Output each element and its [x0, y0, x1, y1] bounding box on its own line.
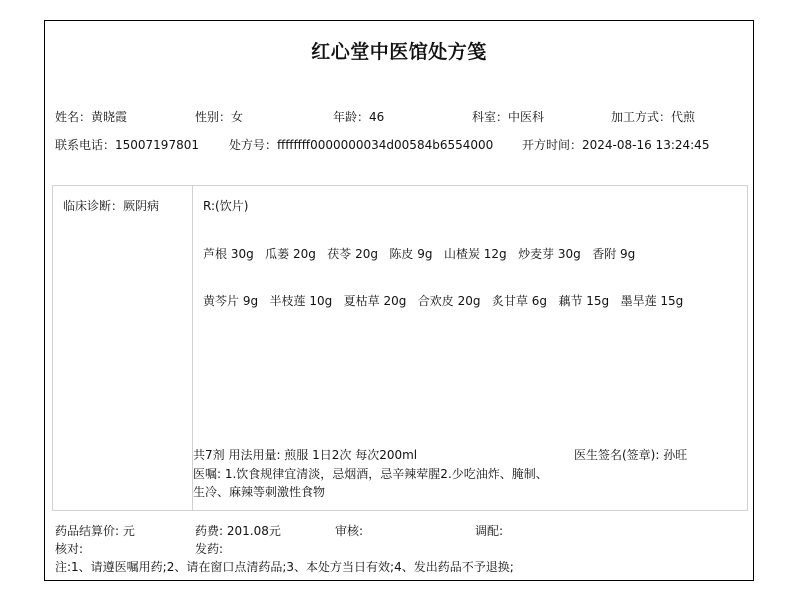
footer-note: 注:1、请遵医嘱用药;2、请在窗口点清药品;3、本处方当日有效;4、发出药品不予… [55, 559, 514, 575]
drug-fee: 药费: 201.08元 [195, 523, 281, 539]
prescription-sheet: 红心堂中医馆处方笺 姓名：黄晓霞 性别：女 年龄：46 科室：中医科 加工方式：… [44, 20, 754, 581]
usage-dosage: 共7剂 用法用量: 煎服 1日2次 每次200ml [193, 447, 417, 463]
herb-line-1: 芦根 30g 瓜蒌 20g 茯苓 20g 陈皮 9g 山楂炭 12g 炒麦芽 3… [203, 246, 635, 262]
review: 审核: [335, 523, 363, 539]
settlement-price: 药品结算价: 元 [55, 523, 135, 539]
medical-advice-line-2: 生冷、麻辣等刺激性食物 [193, 484, 325, 500]
dispense-mix: 调配: [475, 523, 503, 539]
doctor-signature: 医生签名(签章): 孙旺 [574, 447, 687, 463]
contact-phone: 联系电话：15007197801 [55, 137, 199, 153]
clinical-diagnosis: 临床诊断：厥阴病 [63, 198, 159, 214]
processing-method: 加工方式：代煎 [611, 109, 695, 125]
patient-gender: 性别：女 [195, 109, 243, 125]
rx-header: R:(饮片) [203, 198, 248, 214]
medical-advice-line-1: 医嘱: 1.饮食规律宜清淡，忌烟酒，忌辛辣荤腥2.少吃油炸、腌制、 [193, 466, 548, 482]
herb-line-2: 黄芩片 9g 半枝莲 10g 夏枯草 20g 合欢皮 20g 炙甘草 6g 藕节… [203, 293, 683, 309]
issue-drugs: 发药: [195, 541, 223, 557]
prescription-number: 处方号：ffffffff0000000034d00584b6554000 [229, 137, 493, 153]
prescription-box: 临床诊断：厥阴病 R:(饮片) 芦根 30g 瓜蒌 20g 茯苓 20g 陈皮 … [52, 185, 748, 511]
check: 核对: [55, 541, 83, 557]
prescription-time: 开方时间：2024-08-16 13:24:45 [522, 137, 709, 153]
patient-name: 姓名：黄晓霞 [55, 109, 127, 125]
page-title: 红心堂中医馆处方笺 [45, 37, 753, 64]
department: 科室：中医科 [472, 109, 544, 125]
patient-age: 年龄：46 [333, 109, 384, 125]
